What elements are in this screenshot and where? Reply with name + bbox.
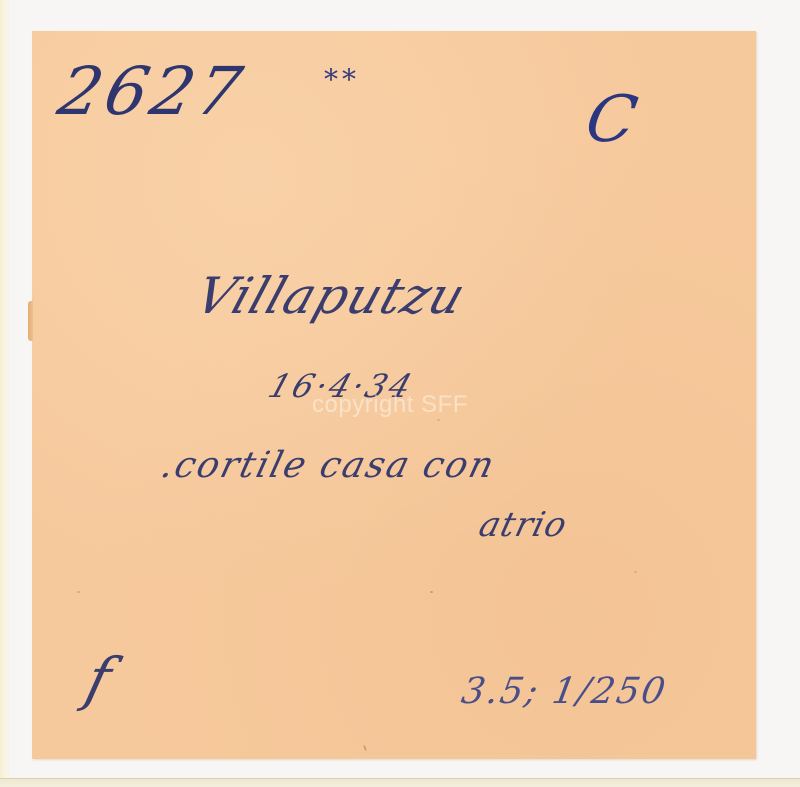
card-number: 2627 bbox=[52, 53, 252, 130]
place-name: Villaputzu bbox=[189, 267, 474, 325]
watermark: copyright SFF bbox=[312, 391, 468, 419]
paper-speck bbox=[634, 571, 637, 573]
card-number-stars: ** bbox=[324, 63, 360, 96]
paper-speck bbox=[437, 419, 440, 421]
left-paper-edge bbox=[0, 0, 9, 787]
description-line-2: atrio bbox=[475, 505, 572, 545]
exposure-settings: 3.5; 1/250 bbox=[458, 671, 670, 712]
paper-speck bbox=[363, 745, 367, 751]
category-letter: C bbox=[580, 83, 643, 157]
bottom-left-mark: f bbox=[80, 645, 119, 713]
paper-speck bbox=[430, 591, 433, 593]
card-edge-fold bbox=[28, 301, 33, 341]
description-line-1: .cortile casa con bbox=[157, 445, 500, 486]
paper-speck bbox=[77, 591, 80, 593]
archive-card: 2627 ** C Villaputzu 16·4·34 copyright S… bbox=[32, 31, 756, 759]
bottom-paper-edge bbox=[0, 778, 800, 787]
